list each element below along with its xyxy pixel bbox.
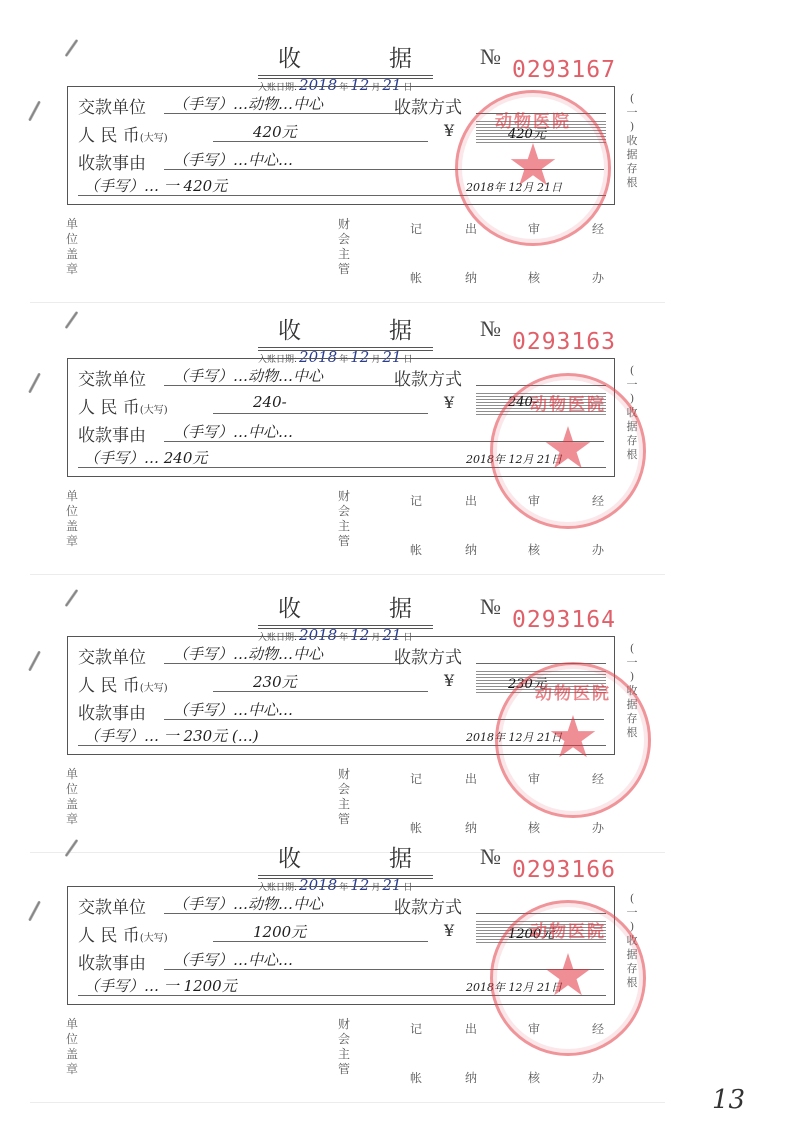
sig-bookkeeper: 记帐 (410, 222, 424, 286)
staple-icon (28, 651, 41, 672)
payment-method-label: 收款方式 (394, 365, 462, 390)
number-prefix: № (480, 44, 501, 70)
reason-line-2: （手写）… 一 230元 (…) (84, 725, 259, 746)
amount-uppercase: 420元 (253, 121, 297, 142)
staple-icon (65, 311, 79, 329)
official-stamp: 动物医院 ★ (455, 90, 611, 246)
reason-line-1: （手写）…中心… (173, 699, 293, 720)
payer-value: （手写）…动物…中心 (173, 93, 323, 114)
receipt-title: 收 据 (258, 40, 433, 79)
page-number: 13 (712, 1085, 745, 1115)
number-prefix: № (480, 594, 501, 620)
star-icon: ★ (493, 945, 643, 1005)
reason-line-2: （手写）… 一 420元 (84, 175, 227, 196)
sig-cashier: 出纳 (465, 772, 479, 836)
rmb-label: 人 民 币(大写) (78, 671, 168, 696)
official-stamp: 动物医院 ★ (490, 373, 646, 529)
reason-line-1: （手写）…中心… (173, 149, 293, 170)
rmb-label: 人 民 币(大写) (78, 121, 168, 146)
official-stamp: 动物医院 ★ (490, 900, 646, 1056)
sig-bookkeeper: 记帐 (410, 772, 424, 836)
official-stamp: 动物医院 ★ (495, 662, 651, 818)
reason-line-1: （手写）…中心… (173, 949, 293, 970)
star-icon: ★ (493, 418, 643, 478)
number-prefix: № (480, 316, 501, 342)
unit-seal-label: 单位盖章 (66, 1017, 80, 1077)
amount-uppercase: 230元 (253, 671, 297, 692)
payer-value: （手写）…动物…中心 (173, 643, 323, 664)
reason-label: 收款事由 (78, 949, 146, 974)
sig-accounting-supervisor: 财会主管 (338, 767, 352, 827)
amount-uppercase: 240- (253, 393, 287, 411)
sig-handler: 经办 (592, 222, 606, 286)
payer-label: 交款单位 (78, 365, 146, 390)
payer-value: （手写）…动物…中心 (173, 365, 323, 386)
payer-label: 交款单位 (78, 893, 146, 918)
receipt-0293163: 收 据 № 0293163 入账日期:2018年12月21日 交款单位 （手写）… (0, 312, 795, 582)
receipt-title: 收 据 (258, 840, 433, 879)
receipt-title: 收 据 (258, 590, 433, 629)
staple-icon (65, 39, 79, 57)
reason-line-2: （手写）… 240元 (84, 447, 207, 468)
payer-label: 交款单位 (78, 93, 146, 118)
sig-cashier: 出纳 (465, 222, 479, 286)
serial-number: 0293163 (512, 329, 616, 355)
staple-icon (28, 901, 41, 922)
receipt-0293167: 收 据 № 0293167 入账日期:2018年12月21日 交款单位 （手写）… (0, 40, 795, 310)
yen-symbol: ¥ (444, 393, 454, 412)
serial-number: 0293166 (512, 857, 616, 883)
sig-accounting-supervisor: 财会主管 (338, 1017, 352, 1077)
reason-line-2: （手写）… 一 1200元 (84, 975, 237, 996)
amount-uppercase: 1200元 (253, 921, 306, 942)
staple-icon (65, 839, 79, 857)
staple-icon (65, 589, 79, 607)
yen-symbol: ¥ (444, 921, 454, 940)
unit-seal-label: 单位盖章 (66, 767, 80, 827)
receipt-0293164: 收 据 № 0293164 入账日期:2018年12月21日 交款单位 （手写）… (0, 590, 795, 860)
receipt-title: 收 据 (258, 312, 433, 351)
sig-accounting-supervisor: 财会主管 (338, 489, 352, 549)
number-prefix: № (480, 844, 501, 870)
star-icon: ★ (458, 135, 608, 195)
payer-value: （手写）…动物…中心 (173, 893, 323, 914)
reason-label: 收款事由 (78, 421, 146, 446)
stub-label: (一)收据存根 (625, 92, 639, 190)
yen-symbol: ¥ (444, 671, 454, 690)
serial-number: 0293167 (512, 57, 616, 83)
payer-label: 交款单位 (78, 643, 146, 668)
sig-bookkeeper: 记帐 (410, 1022, 424, 1086)
sig-cashier: 出纳 (465, 494, 479, 558)
rmb-label: 人 民 币(大写) (78, 921, 168, 946)
staple-icon (28, 373, 41, 394)
staple-icon (28, 101, 41, 122)
serial-number: 0293164 (512, 607, 616, 633)
sig-bookkeeper: 记帐 (410, 494, 424, 558)
reason-label: 收款事由 (78, 149, 146, 174)
payment-method-label: 收款方式 (394, 893, 462, 918)
payment-method-label: 收款方式 (394, 93, 462, 118)
sig-cashier: 出纳 (465, 1022, 479, 1086)
unit-seal-label: 单位盖章 (66, 217, 80, 277)
star-icon: ★ (498, 707, 648, 767)
rmb-label: 人 民 币(大写) (78, 393, 168, 418)
payment-method-label: 收款方式 (394, 643, 462, 668)
receipt-0293166: 收 据 № 0293166 入账日期:2018年12月21日 交款单位 （手写）… (0, 840, 795, 1110)
reason-label: 收款事由 (78, 699, 146, 724)
reason-line-1: （手写）…中心… (173, 421, 293, 442)
sig-accounting-supervisor: 财会主管 (338, 217, 352, 277)
unit-seal-label: 单位盖章 (66, 489, 80, 549)
yen-symbol: ¥ (444, 121, 454, 140)
